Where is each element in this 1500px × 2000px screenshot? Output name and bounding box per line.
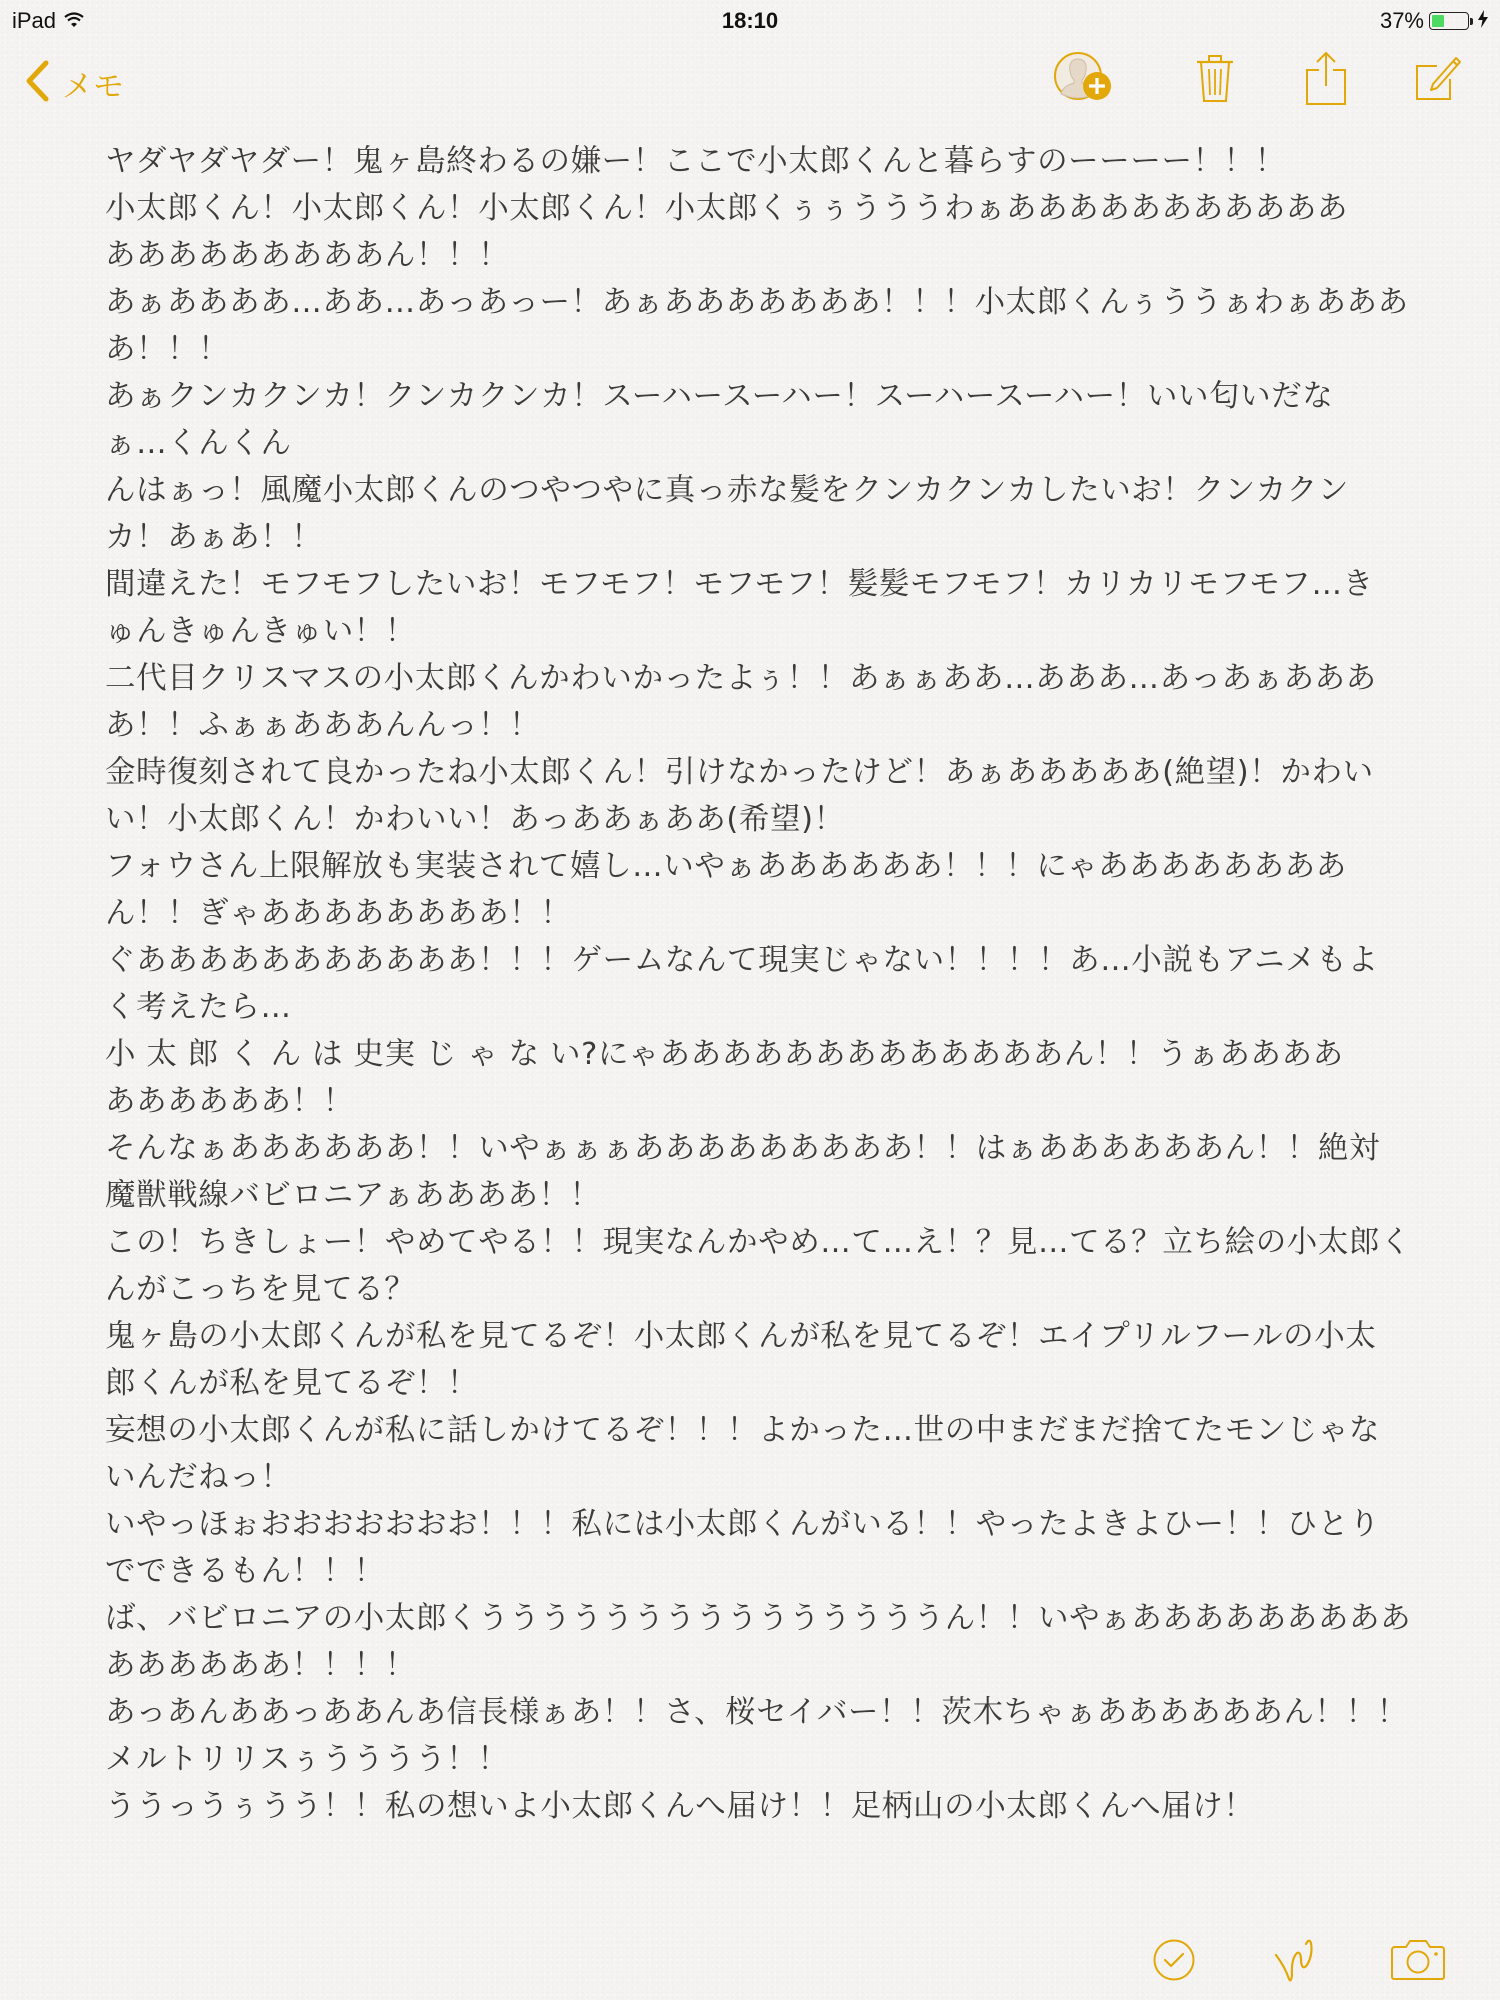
sketch-button[interactable] xyxy=(1266,1932,1326,1992)
nav-bar: メモ xyxy=(0,50,1500,116)
checklist-button[interactable] xyxy=(1144,1932,1204,1992)
note-paragraph: 二代目クリスマスの小太郎くんかわいかったよぅ！！あぁぁああ…あああ…あっあぁああ… xyxy=(105,655,1425,749)
note-paragraph: 鬼ヶ島の小太郎くんが私を見てるぞ！小太郎くんが私を見てるぞ！エイプリルフールの小… xyxy=(105,1313,1425,1407)
camera-button[interactable] xyxy=(1388,1932,1448,1992)
note-paragraph: ば、バビロニアの小太郎くうううううううううううううううん！！いやぁあああああああ… xyxy=(105,1595,1425,1689)
note-line: 金時復刻されて良かったね小太郎くん！引けなかったけど！あぁあああああ(絶望)！か… xyxy=(105,749,1425,796)
note-line: んがこっちを見てる？ xyxy=(105,1266,1425,1313)
note-line: い！小太郎くん！かわいい！あっああぁああ(希望)！ xyxy=(105,796,1425,843)
note-line: いやっほぉおおおおおおお！！！私には小太郎くんがいる！！やったよきよひー！！ひと… xyxy=(105,1501,1425,1548)
note-line: ぁ…くんくん xyxy=(105,420,1425,467)
note-line: ば、バビロニアの小太郎くうううううううううううううううん！！いやぁあああああああ… xyxy=(105,1595,1425,1642)
note-line: あっあんああっああんあ信長様ぁあ！！さ、桜セイバー！！茨木ちゃぁああああああん！… xyxy=(105,1689,1425,1736)
share-button[interactable] xyxy=(1296,50,1356,110)
note-line: でできるもん！！！ xyxy=(105,1548,1425,1595)
note-line: ん！！ぎゃああああああああ！！ xyxy=(105,890,1425,937)
compose-button[interactable] xyxy=(1408,50,1468,110)
note-paragraph: あぁああああ…ああ…あっあっー！あぁあああああああ！！！小太郎くんぅううぁわぁあ… xyxy=(105,279,1425,373)
note-line: 二代目クリスマスの小太郎くんかわいかったよぅ！！あぁぁああ…あああ…あっあぁああ… xyxy=(105,655,1425,702)
trash-icon xyxy=(1195,52,1235,108)
note-paragraph: あぁクンカクンカ！クンカクンカ！スーハースーハー！スーハースーハー！いい匂いだな… xyxy=(105,373,1425,467)
note-paragraph: ううっうぅうう！！私の想いよ小太郎くんへ届け！！足柄山の小太郎くんへ届け！ xyxy=(105,1783,1425,1830)
note-line: ああああああ！！ xyxy=(105,1078,1425,1125)
note-line: そんなぁああああああ！！いやぁぁぁあああああああああ！！はぁああああああん！！絶… xyxy=(105,1125,1425,1172)
charging-icon xyxy=(1478,8,1488,34)
camera-icon xyxy=(1389,1938,1447,1986)
note-line: カ！あぁあ！！ xyxy=(105,514,1425,561)
note-line: フォウさん上限解放も実装されて嬉し…いやぁああああああ！！！にゃああああああああ xyxy=(105,843,1425,890)
note-paragraph: 妄想の小太郎くんが私に話しかけてるぞ！！！よかった…世の中まだまだ捨てたモンじゃ… xyxy=(105,1407,1425,1501)
note-line: 妄想の小太郎くんが私に話しかけてるぞ！！！よかった…世の中まだまだ捨てたモンじゃ… xyxy=(105,1407,1425,1454)
note-line: ううっうぅうう！！私の想いよ小太郎くんへ届け！！足柄山の小太郎くんへ届け！ xyxy=(105,1783,1425,1830)
note-line: あぁああああ…ああ…あっあっー！あぁあああああああ！！！小太郎くんぅううぁわぁあ… xyxy=(105,279,1425,326)
note-paragraph: ヤダヤダヤダー！鬼ヶ島終わるの嫌ー！ここで小太郎くんと暮らすのーーーー！！！ xyxy=(105,138,1425,185)
add-person-icon xyxy=(1052,50,1124,110)
note-line: 小 太 郎 く ん は 史実 じ ゃ な い?にゃあああああああああああああん！… xyxy=(105,1031,1425,1078)
note-line: 小太郎くん！小太郎くん！小太郎くん！小太郎くぅぅうううわぁあああああああああああ xyxy=(105,185,1425,232)
note-paragraph: いやっほぉおおおおおおお！！！私には小太郎くんがいる！！やったよきよひー！！ひと… xyxy=(105,1501,1425,1595)
note-line: く考えたら… xyxy=(105,984,1425,1031)
note-line: ヤダヤダヤダー！鬼ヶ島終わるの嫌ー！ここで小太郎くんと暮らすのーーーー！！！ xyxy=(105,138,1425,185)
back-label: メモ xyxy=(62,61,124,106)
note-paragraph: この！ちきしょー！やめてやる！！現実なんかやめ…て…え！？見…てる？立ち絵の小太… xyxy=(105,1219,1425,1313)
chevron-left-icon xyxy=(24,60,50,106)
note-line: メルトリリスぅうううう！！ xyxy=(105,1736,1425,1783)
note-paragraph: 小太郎くん！小太郎くん！小太郎くん！小太郎くぅぅうううわぁあああああああああああ… xyxy=(105,185,1425,279)
battery-icon xyxy=(1429,12,1469,30)
note-line: 魔獣戦線バビロニアぁああああ！！ xyxy=(105,1172,1425,1219)
sketch-icon xyxy=(1271,1935,1321,1989)
note-line: ああああああ！！！！ xyxy=(105,1642,1425,1689)
battery-level xyxy=(1432,15,1444,27)
battery-cap xyxy=(1470,18,1473,25)
note-paragraph: んはぁっ！風魔小太郎くんのつやつやに真っ赤な髪をクンカクンカしたいお！クンカクン… xyxy=(105,467,1425,561)
note-body[interactable]: ヤダヤダヤダー！鬼ヶ島終わるの嫌ー！ここで小太郎くんと暮らすのーーーー！！！小太… xyxy=(105,138,1425,1830)
note-line: あ！！ふぁぁあああんんっ！！ xyxy=(105,702,1425,749)
note-line: あぁクンカクンカ！クンカクンカ！スーハースーハー！スーハースーハー！いい匂いだな xyxy=(105,373,1425,420)
note-paragraph: 小 太 郎 く ん は 史実 じ ゃ な い?にゃあああああああああああああん！… xyxy=(105,1031,1425,1125)
note-line: あああああああああん！！！ xyxy=(105,232,1425,279)
note-line: んはぁっ！風魔小太郎くんのつやつやに真っ赤な髪をクンカクンカしたいお！クンカクン xyxy=(105,467,1425,514)
status-bar: iPad 18:10 37% xyxy=(0,0,1500,40)
share-icon xyxy=(1305,50,1347,110)
clock: 18:10 xyxy=(0,8,1500,34)
note-paragraph: あっあんああっああんあ信長様ぁあ！！さ、桜セイバー！！茨木ちゃぁああああああん！… xyxy=(105,1689,1425,1783)
note-paragraph: 間違えた！モフモフしたいお！モフモフ！モフモフ！髪髪モフモフ！カリカリモフモフ…… xyxy=(105,561,1425,655)
note-line: ぐあああああああああああ！！！ゲームなんて現実じゃない！！！！あ…小説もアニメも… xyxy=(105,937,1425,984)
delete-button[interactable] xyxy=(1185,50,1245,110)
compose-icon xyxy=(1413,53,1463,107)
note-line: ゅんきゅんきゅい！！ xyxy=(105,608,1425,655)
status-right: 37% xyxy=(1380,8,1488,34)
note-line: 郎くんが私を見てるぞ！！ xyxy=(105,1360,1425,1407)
battery-percent: 37% xyxy=(1380,8,1424,34)
checklist-icon xyxy=(1152,1938,1196,1986)
note-line: いんだねっ！ xyxy=(105,1454,1425,1501)
note-paragraph: フォウさん上限解放も実装されて嬉し…いやぁああああああ！！！にゃああああああああ… xyxy=(105,843,1425,937)
note-paragraph: そんなぁああああああ！！いやぁぁぁあああああああああ！！はぁああああああん！！絶… xyxy=(105,1125,1425,1219)
note-line: この！ちきしょー！やめてやる！！現実なんかやめ…て…え！？見…てる？立ち絵の小太… xyxy=(105,1219,1425,1266)
bottom-toolbar xyxy=(0,1920,1500,2000)
back-button[interactable]: メモ xyxy=(24,60,124,106)
add-person-button[interactable] xyxy=(1058,50,1118,110)
note-line: あ！！！ xyxy=(105,326,1425,373)
note-paragraph: ぐあああああああああああ！！！ゲームなんて現実じゃない！！！！あ…小説もアニメも… xyxy=(105,937,1425,1031)
note-line: 間違えた！モフモフしたいお！モフモフ！モフモフ！髪髪モフモフ！カリカリモフモフ…… xyxy=(105,561,1425,608)
note-line: 鬼ヶ島の小太郎くんが私を見てるぞ！小太郎くんが私を見てるぞ！エイプリルフールの小… xyxy=(105,1313,1425,1360)
note-paragraph: 金時復刻されて良かったね小太郎くん！引けなかったけど！あぁあああああ(絶望)！か… xyxy=(105,749,1425,843)
